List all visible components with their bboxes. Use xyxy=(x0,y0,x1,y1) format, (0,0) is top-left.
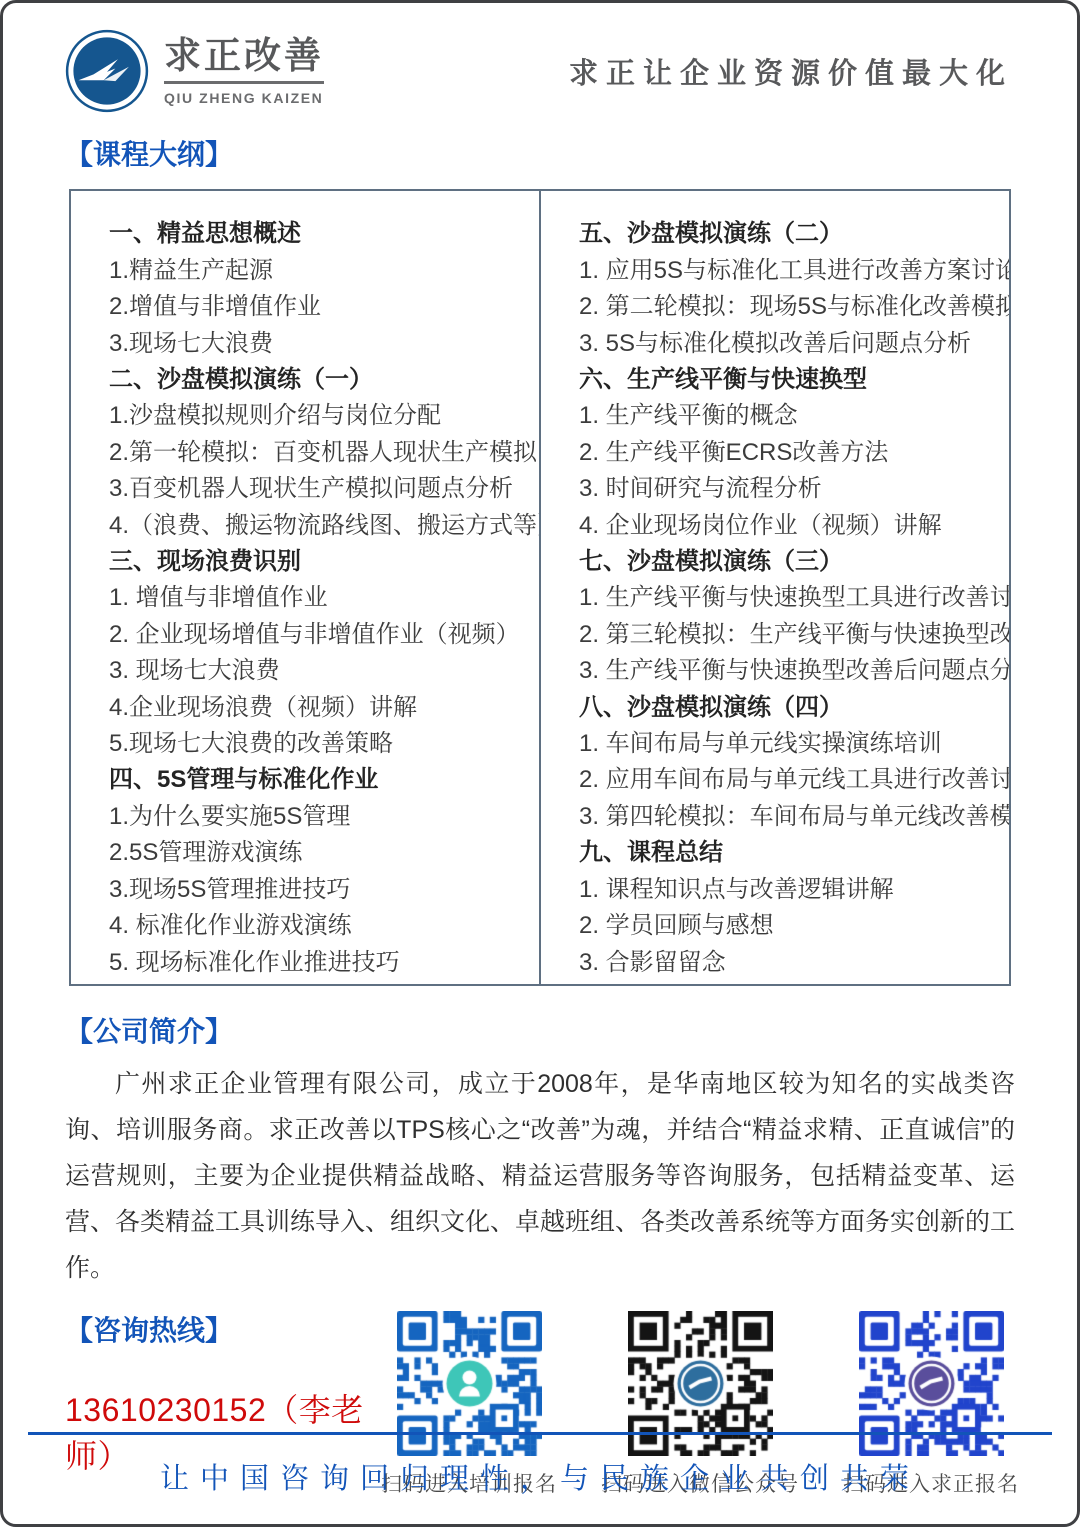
footer: 让中国咨询回归理性，与民族企业共创共荣 xyxy=(3,1432,1077,1524)
outline-item: 4. 标准化作业游戏演练 xyxy=(109,908,539,944)
outline-section-header: 六、生产线平衡与快速换型 xyxy=(579,362,1009,398)
outline-column-left: 一、精益思想概述1.精益生产起源2.增值与非增值作业3.现场七大浪费二、沙盘模拟… xyxy=(71,191,541,984)
footer-slogan: 让中国咨询回归理性，与民族企业共创共荣 xyxy=(3,1456,1077,1497)
outline-section-header: 七、沙盘模拟演练（三） xyxy=(579,544,1009,580)
outline-item: 2. 应用车间布局与单元线工具进行改善讨论 xyxy=(579,762,1009,798)
outline-item: 1. 增值与非增值作业 xyxy=(109,580,539,616)
outline-item: 3. 生产线平衡与快速换型改善后问题点分析 xyxy=(579,653,1009,689)
outline-item: 4.企业现场浪费（视频）讲解 xyxy=(109,690,539,726)
outline-section-header: 四、5S管理与标准化作业 xyxy=(109,762,539,798)
logo-globe-icon xyxy=(65,29,149,113)
outline-item: 3. 5S与标准化模拟改善后问题点分析 xyxy=(579,326,1009,362)
outline-item: 1. 课程知识点与改善逻辑讲解 xyxy=(579,872,1009,908)
footer-divider xyxy=(28,1432,1052,1435)
outline-item: 2.5S管理游戏演练 xyxy=(109,835,539,871)
outline-item: 2. 生产线平衡ECRS改善方法 xyxy=(579,435,1009,471)
header: 求正改善 QIU ZHENG KAIZEN 求正让企业资源价值最大化 xyxy=(3,3,1077,113)
outline-item: 2. 第三轮模拟：生产线平衡与快速换型改善 xyxy=(579,617,1009,653)
outline-item: 4. 企业现场岗位作业（视频）讲解 xyxy=(579,508,1009,544)
outline-item: 4.（浪费、搬运物流路线图、搬运方式等） xyxy=(109,508,539,544)
outline-item: 2.第一轮模拟：百变机器人现状生产模拟 xyxy=(109,435,539,471)
outline-item: 2.增值与非增值作业 xyxy=(109,289,539,325)
outline-item: 1. 生产线平衡与快速换型工具进行改善讨论 xyxy=(579,580,1009,616)
outline-section-header: 八、沙盘模拟演练（四） xyxy=(579,690,1009,726)
outline-section-header: 二、沙盘模拟演练（一） xyxy=(109,362,539,398)
logo-title: 求正改善 xyxy=(164,37,324,84)
outline-item: 3. 时间研究与流程分析 xyxy=(579,471,1009,507)
section-title-hotline: 【咨询热线】 xyxy=(65,1313,381,1349)
outline-item: 3. 第四轮模拟：车间布局与单元线改善模拟 xyxy=(579,799,1009,835)
outline-section-header: 一、精益思想概述 xyxy=(109,216,539,252)
outline-column-right: 五、沙盘模拟演练（二）1. 应用5S与标准化工具进行改善方案讨论2. 第二轮模拟… xyxy=(541,191,1009,984)
logo-subtitle: QIU ZHENG KAIZEN xyxy=(164,90,324,106)
outline-item: 1. 生产线平衡的概念 xyxy=(579,398,1009,434)
outline-item: 3. 现场七大浪费 xyxy=(109,653,539,689)
outline-item: 2. 企业现场增值与非增值作业（视频） xyxy=(109,617,539,653)
outline-item: 1. 车间布局与单元线实操演练培训 xyxy=(579,726,1009,762)
outline-item: 3.现场七大浪费 xyxy=(109,326,539,362)
outline-item: 2. 学员回顾与感想 xyxy=(579,908,1009,944)
course-outline-box: 一、精益思想概述1.精益生产起源2.增值与非增值作业3.现场七大浪费二、沙盘模拟… xyxy=(69,189,1011,986)
outline-item: 5. 现场标准化作业推进技巧 xyxy=(109,945,539,981)
header-slogan: 求正让企业资源价值最大化 xyxy=(569,51,1013,92)
outline-item: 3. 合影留留念 xyxy=(579,945,1009,981)
outline-section-header: 五、沙盘模拟演练（二） xyxy=(579,216,1009,252)
logo-text: 求正改善 QIU ZHENG KAIZEN xyxy=(164,37,324,106)
outline-item: 1.精益生产起源 xyxy=(109,253,539,289)
company-intro-paragraph: 广州求正企业管理有限公司，成立于2008年，是华南地区较为知名的实战类咨询、培训… xyxy=(65,1061,1015,1291)
section-title-company: 【公司简介】 xyxy=(65,1014,1015,1050)
company-logo: 求正改善 QIU ZHENG KAIZEN xyxy=(65,29,324,113)
section-title-outline: 【课程大纲】 xyxy=(65,137,1015,173)
outline-item: 3.百变机器人现状生产模拟问题点分析 xyxy=(109,471,539,507)
outline-item: 3.现场5S管理推进技巧 xyxy=(109,872,539,908)
outline-section-header: 九、课程总结 xyxy=(579,835,1009,871)
outline-item: 1.沙盘模拟规则介绍与岗位分配 xyxy=(109,398,539,434)
flyer-page: 求正改善 QIU ZHENG KAIZEN 求正让企业资源价值最大化 【课程大纲… xyxy=(0,0,1080,1527)
outline-item: 5.现场七大浪费的改善策略 xyxy=(109,726,539,762)
outline-section-header: 三、现场浪费识别 xyxy=(109,544,539,580)
outline-item: 1.为什么要实施5S管理 xyxy=(109,799,539,835)
outline-item: 1. 应用5S与标准化工具进行改善方案讨论 xyxy=(579,253,1009,289)
outline-item: 2. 第二轮模拟：现场5S与标准化改善模拟 xyxy=(579,289,1009,325)
